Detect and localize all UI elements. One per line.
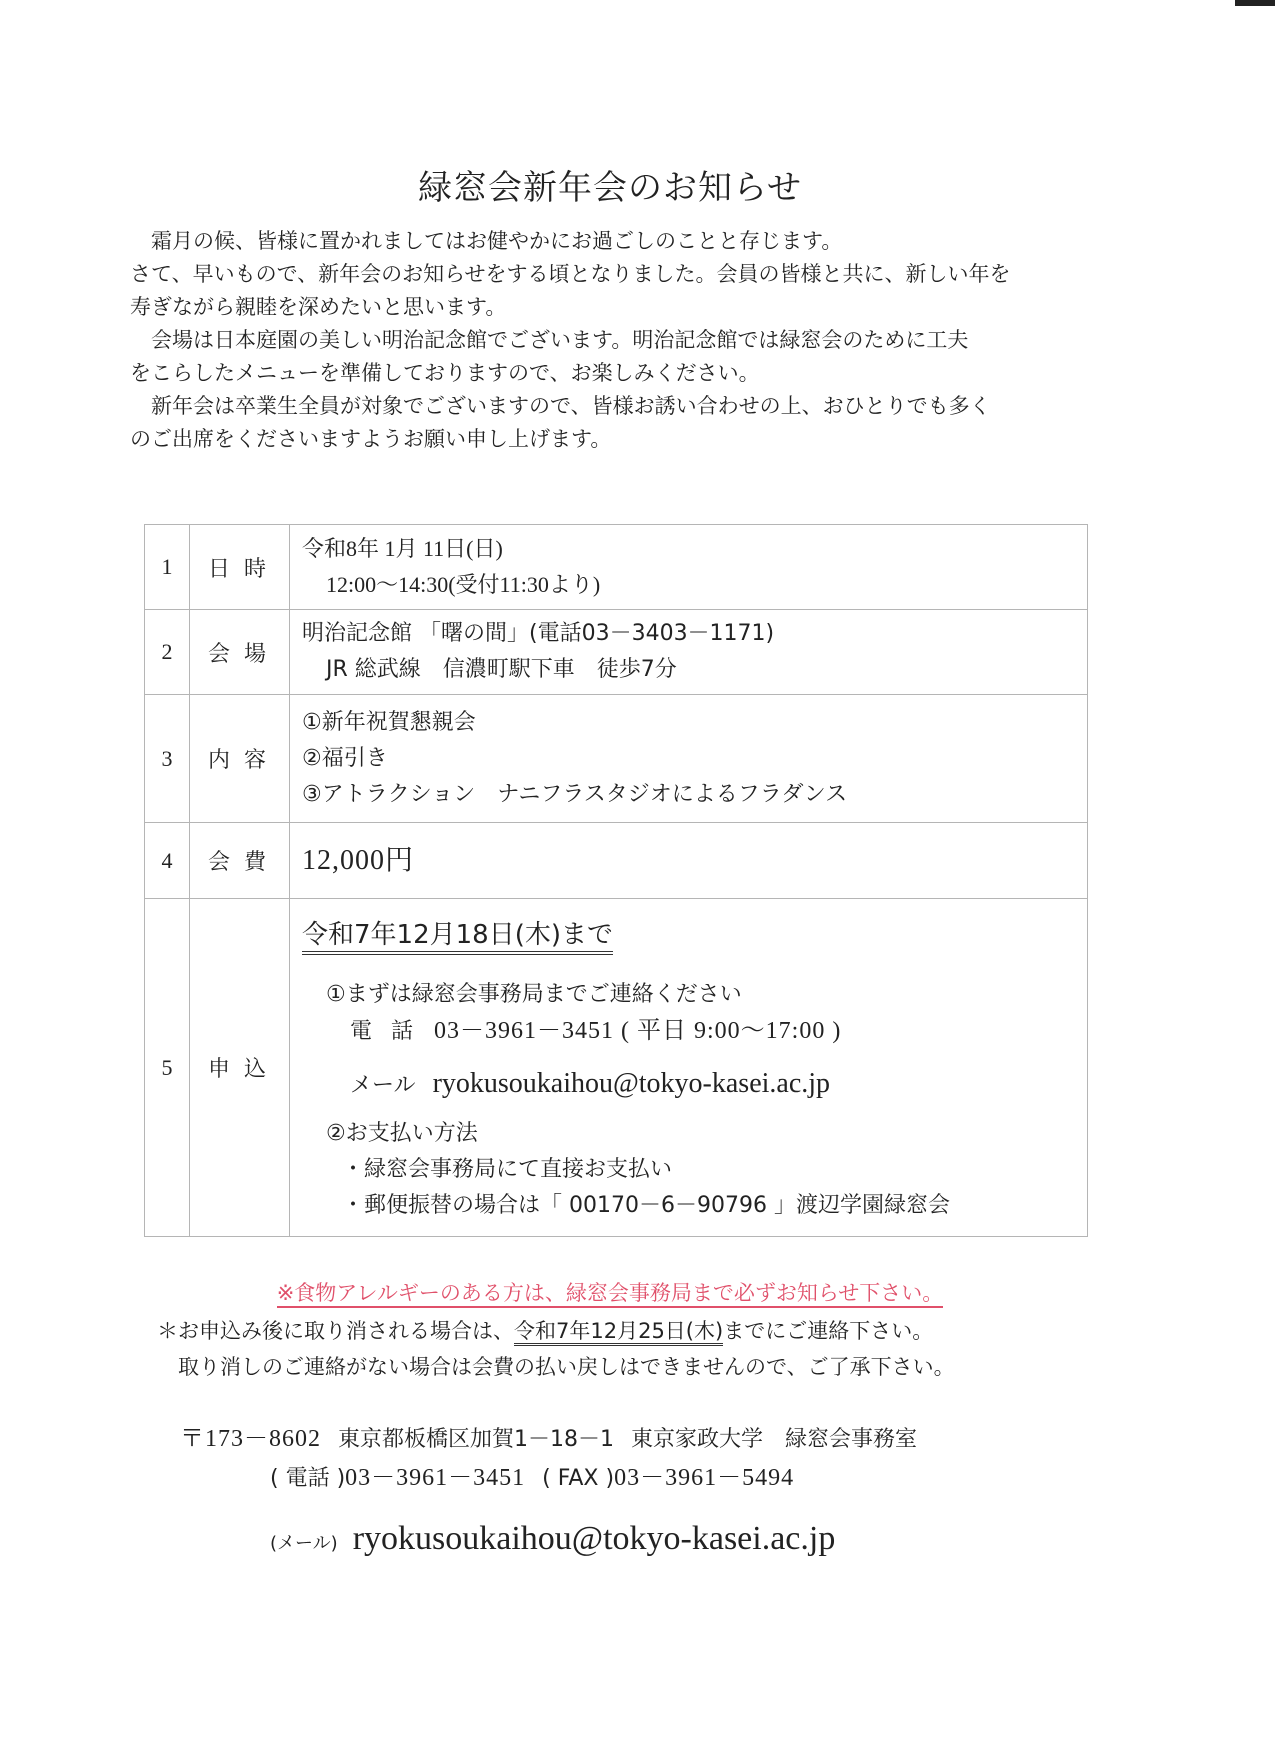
intro-paragraph: のご出席をくださいますようお願い申し上げます。: [130, 423, 1110, 456]
cancel-prefix: ＊お申込み後に取り消される場合は、: [157, 1319, 514, 1343]
contact-mail: メール ryokusoukaihou@tokyo-kasei.ac.jp: [302, 1066, 1075, 1104]
event-time: 12:00～14:30(受付11:30より): [302, 567, 1075, 603]
row-label: 申込: [190, 899, 290, 1237]
intro-paragraph: さて、早いもので、新年会のお知らせをする頃となりました。会員の皆様と共に、新しい…: [130, 258, 1110, 291]
payment-item: ・郵便振替の場合は「 00170－6－90796 」渡辺学園緑窓会: [302, 1188, 1075, 1224]
venue-name: 明治記念館 「曙の間」(電話03－3403－1171): [302, 616, 1075, 652]
payment-item: ・緑窓会事務局にて直接お支払い: [302, 1152, 1075, 1188]
table-row-datetime: 1 日時 令和8年 1月 11日(日) 12:00～14:30(受付11:30よ…: [145, 525, 1088, 610]
contact-phone: 電 話 03－3961－3451 ( 平日 9:00～17:00 ): [302, 1013, 1075, 1050]
row-content: 12,000円: [290, 823, 1088, 899]
cancel-suffix: までにご連絡下さい。: [723, 1319, 933, 1343]
program-item: ①新年祝賀懇親会: [302, 705, 1075, 741]
intro-paragraph: 霜月の候、皆様に置かれましてはお健やかにお過ごしのことと存じます。: [130, 225, 1110, 258]
intro-paragraph: 寿ぎながら親睦を深めたいと思います。: [130, 291, 1110, 324]
intro-paragraph: 会場は日本庭園の美しい明治記念館でございます。明治記念館では緑窓会のために工夫: [130, 324, 1110, 357]
mail-address-link[interactable]: ryokusoukaihou@tokyo-kasei.ac.jp: [353, 1520, 836, 1557]
row-label: 会費: [190, 823, 290, 899]
row-content: 令和8年 1月 11日(日) 12:00～14:30(受付11:30より): [290, 525, 1088, 610]
row-label: 会場: [190, 610, 290, 695]
organization: 東京家政大学 緑窓会事務室: [631, 1427, 917, 1452]
application-deadline: 令和7年12月18日(木)まで: [302, 919, 613, 955]
cancellation-notice: ＊お申込み後に取り消される場合は、令和7年12月25日(木)までにご連絡下さい。…: [157, 1313, 955, 1385]
allergy-notice: ※食物アレルギーのある方は、緑窓会事務局まで必ずお知らせ下さい。: [0, 1277, 1220, 1307]
mail-label: (メール): [270, 1533, 338, 1554]
street-address: 東京都板橋区加賀1－18－1: [338, 1427, 614, 1452]
row-content: ①新年祝賀懇親会 ②福引き ③アトラクション ナニフラスタジオによるフラダンス: [290, 695, 1088, 823]
phone-number: 03－3961－3451: [345, 1465, 525, 1491]
program-item: ③アトラクション ナニフラスタジオによるフラダンス: [302, 777, 1075, 813]
payment-heading: ②お支払い方法: [302, 1116, 1075, 1152]
phone-fax-line: ( 電話 )03－3961－3451 ( FAX )03－3961－5494: [180, 1459, 917, 1498]
phone-label: ( 電話 ): [270, 1466, 345, 1491]
row-content: 明治記念館 「曙の間」(電話03－3403－1171) JR 総武線 信濃町駅下…: [290, 610, 1088, 695]
row-content: 令和7年12月18日(木)まで ①まずは緑窓会事務局までご連絡ください 電 話 …: [290, 899, 1088, 1237]
row-number: 2: [145, 610, 190, 695]
cancel-deadline: 令和7年12月25日(木): [514, 1319, 723, 1346]
fee-amount: 12,000円: [302, 843, 1075, 879]
contact-heading: ①まずは緑窓会事務局までご連絡ください: [302, 977, 1075, 1013]
table-row-application: 5 申込 令和7年12月18日(木)まで ①まずは緑窓会事務局までご連絡ください…: [145, 899, 1088, 1237]
event-date: 令和8年 1月 11日(日): [302, 531, 1075, 567]
table-row-fee: 4 会費 12,000円: [145, 823, 1088, 899]
address-line: 〒173－8602 東京都板橋区加賀1－18－1 東京家政大学 緑窓会事務室: [180, 1420, 917, 1459]
phone-value: 03－3961－3451 ( 平日 9:00～17:00 ): [434, 1018, 841, 1044]
table-row-venue: 2 会場 明治記念館 「曙の間」(電話03－3403－1171) JR 総武線 …: [145, 610, 1088, 695]
row-number: 1: [145, 525, 190, 610]
fax-label: ( FAX ): [542, 1466, 614, 1491]
event-details-table: 1 日時 令和8年 1月 11日(日) 12:00～14:30(受付11:30よ…: [144, 524, 1088, 1237]
postal-code: 〒173－8602: [180, 1426, 321, 1452]
cancellation-line-1: ＊お申込み後に取り消される場合は、令和7年12月25日(木)までにご連絡下さい。: [157, 1313, 955, 1349]
allergy-notice-text: ※食物アレルギーのある方は、緑窓会事務局まで必ずお知らせ下さい。: [277, 1281, 944, 1308]
cancellation-line-2: 取り消しのご連絡がない場合は会費の払い戻しはできませんので、ご了承下さい。: [157, 1349, 955, 1385]
intro-paragraph: をこらしたメニューを準備しておりますので、お楽しみください。: [130, 357, 1110, 390]
office-address-block: 〒173－8602 東京都板橋区加賀1－18－1 東京家政大学 緑窓会事務室 (…: [180, 1420, 917, 1563]
row-number: 3: [145, 695, 190, 823]
scan-corner-mark: [1235, 0, 1275, 6]
row-number: 4: [145, 823, 190, 899]
mail-label: メール: [350, 1073, 416, 1098]
row-label: 日時: [190, 525, 290, 610]
intro-paragraph: 新年会は卒業生全員が対象でございますので、皆様お誘い合わせの上、おひとりでも多く: [130, 390, 1110, 423]
row-number: 5: [145, 899, 190, 1237]
table-row-program: 3 内容 ①新年祝賀懇親会 ②福引き ③アトラクション ナニフラスタジオによるフ…: [145, 695, 1088, 823]
mail-address-link[interactable]: ryokusoukaihou@tokyo-kasei.ac.jp: [433, 1068, 830, 1099]
intro-text: 霜月の候、皆様に置かれましてはお健やかにお過ごしのことと存じます。 さて、早いも…: [130, 225, 1110, 456]
program-item: ②福引き: [302, 741, 1075, 777]
fax-number: 03－3961－5494: [614, 1465, 794, 1491]
venue-access: JR 総武線 信濃町駅下車 徒歩7分: [302, 652, 1075, 688]
phone-label: 電 話: [350, 1019, 419, 1044]
row-label: 内容: [190, 695, 290, 823]
page-title: 緑窓会新年会のお知らせ: [0, 160, 1220, 209]
mail-line: (メール) ryokusoukaihou@tokyo-kasei.ac.jp: [180, 1520, 917, 1563]
